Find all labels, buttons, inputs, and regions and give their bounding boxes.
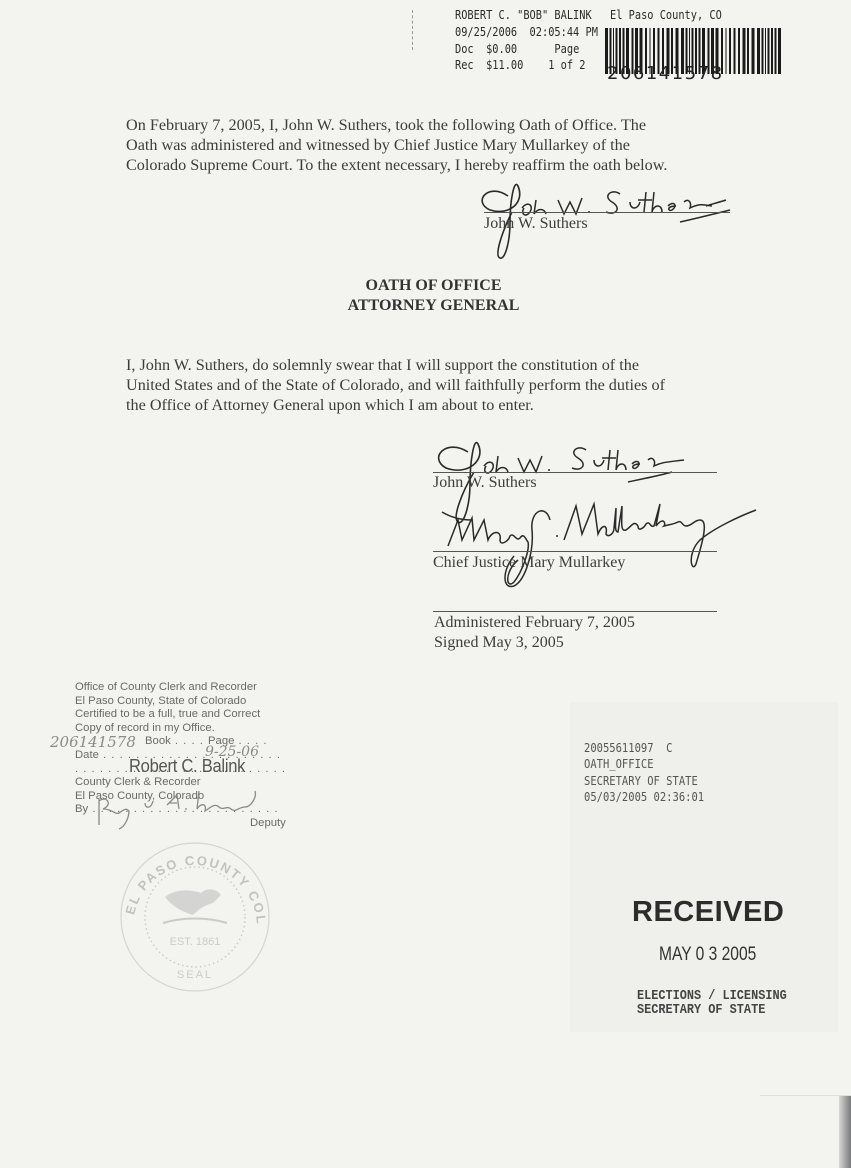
scan-edge [760, 1095, 851, 1096]
recording-datetime: 09/25/2006 02:05:44 PM [455, 25, 598, 41]
oath-subtitle: ATTORNEY GENERAL [0, 296, 851, 315]
county-seal-icon: EL PASO COUNTY COLORADO EST. 1861 SEAL [105, 835, 285, 995]
scan-mark [412, 10, 414, 50]
signed-date: Signed May 3, 2005 [434, 634, 564, 652]
doc-fee: Doc $0.00 Page [455, 42, 579, 58]
recorder-name: ROBERT C. "BOB" BALINK [455, 8, 592, 24]
signer-label-1: John W. Suthers [484, 215, 588, 233]
administered-date: Administered February 7, 2005 [434, 614, 635, 632]
deputy-signature [95, 785, 295, 830]
signer-label-2: John W. Suthers [433, 474, 537, 492]
mullarkey-signature [440, 500, 780, 592]
oath-paragraph: I, John W. Suthers, do solemnly swear th… [126, 355, 766, 416]
recording-stamp: ROBERT C. "BOB" BALINK El Paso County, C… [455, 8, 795, 88]
signature-line-3 [433, 551, 717, 552]
sos-filing-stamp: 20055611097 COATH_OFFICESECRETARY OF STA… [584, 740, 704, 805]
handwritten-reception-number: 206141578 [50, 733, 136, 751]
signature-line-4 [433, 611, 717, 612]
signature-line-1 [484, 212, 730, 213]
scan-shadow [839, 1096, 851, 1168]
recording-county: El Paso County, CO [610, 8, 722, 24]
svg-text:EST. 1861: EST. 1861 [170, 936, 221, 948]
reception-number: 206141578 [607, 66, 724, 82]
svg-text:SEAL: SEAL [177, 969, 213, 981]
signature-line-2 [433, 472, 717, 473]
witness-label: Chief Justice Mary Mullarkey [433, 554, 625, 572]
rec-fee: Rec $11.00 1 of 2 [455, 58, 586, 74]
received-date: MAY 0 3 2005 [659, 944, 756, 966]
clerk-name: Robert C. Balink [129, 756, 245, 777]
oath-title: OATH OF OFFICE [0, 276, 851, 295]
received-department: ELECTIONS / LICENSING SECRETARY OF STATE [637, 990, 787, 1018]
reaffirmation-paragraph: On February 7, 2005, I, John W. Suthers,… [126, 115, 766, 176]
received-stamp: RECEIVED [632, 896, 784, 929]
